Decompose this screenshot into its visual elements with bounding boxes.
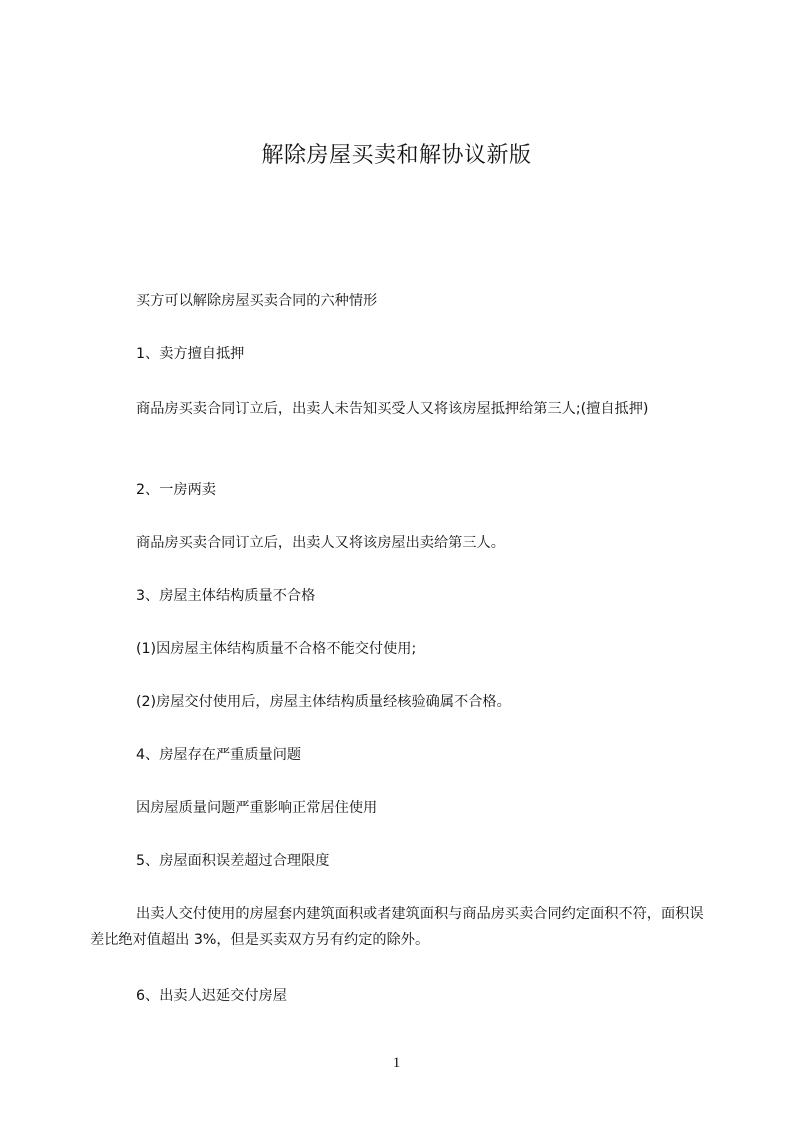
document-title: 解除房屋买卖和解协议新版 xyxy=(0,140,793,172)
paragraph-1: 商品房买卖合同订立后，出卖人未告知买受人又将该房屋抵押给第三人;(擅自抵押) xyxy=(90,396,705,422)
paragraph-3-2: (2)房屋交付使用后，房屋主体结构质量经核验确属不合格。 xyxy=(90,689,705,715)
paragraph-2: 商品房买卖合同订立后，出卖人又将该房屋出卖给第三人。 xyxy=(90,530,705,556)
page-number: 1 xyxy=(0,1055,793,1072)
paragraph-5: 出卖人交付使用的房屋套内建筑面积或者建筑面积与商品房买卖合同约定面积不符，面积误… xyxy=(90,901,705,953)
heading-4: 4、房屋存在严重质量问题 xyxy=(90,742,705,768)
heading-3: 3、房屋主体结构质量不合格 xyxy=(90,583,705,609)
paragraph-4: 因房屋质量问题严重影响正常居住使用 xyxy=(90,795,705,821)
paragraph-3-1: (1)因房屋主体结构质量不合格不能交付使用; xyxy=(90,636,705,662)
heading-2: 2、一房两卖 xyxy=(90,477,705,503)
heading-5: 5、房屋面积误差超过合理限度 xyxy=(90,848,705,874)
heading-1: 1、卖方擅自抵押 xyxy=(90,341,705,367)
paragraph-intro: 买方可以解除房屋买卖合同的六种情形 xyxy=(90,288,705,314)
heading-6: 6、出卖人迟延交付房屋 xyxy=(90,983,705,1009)
